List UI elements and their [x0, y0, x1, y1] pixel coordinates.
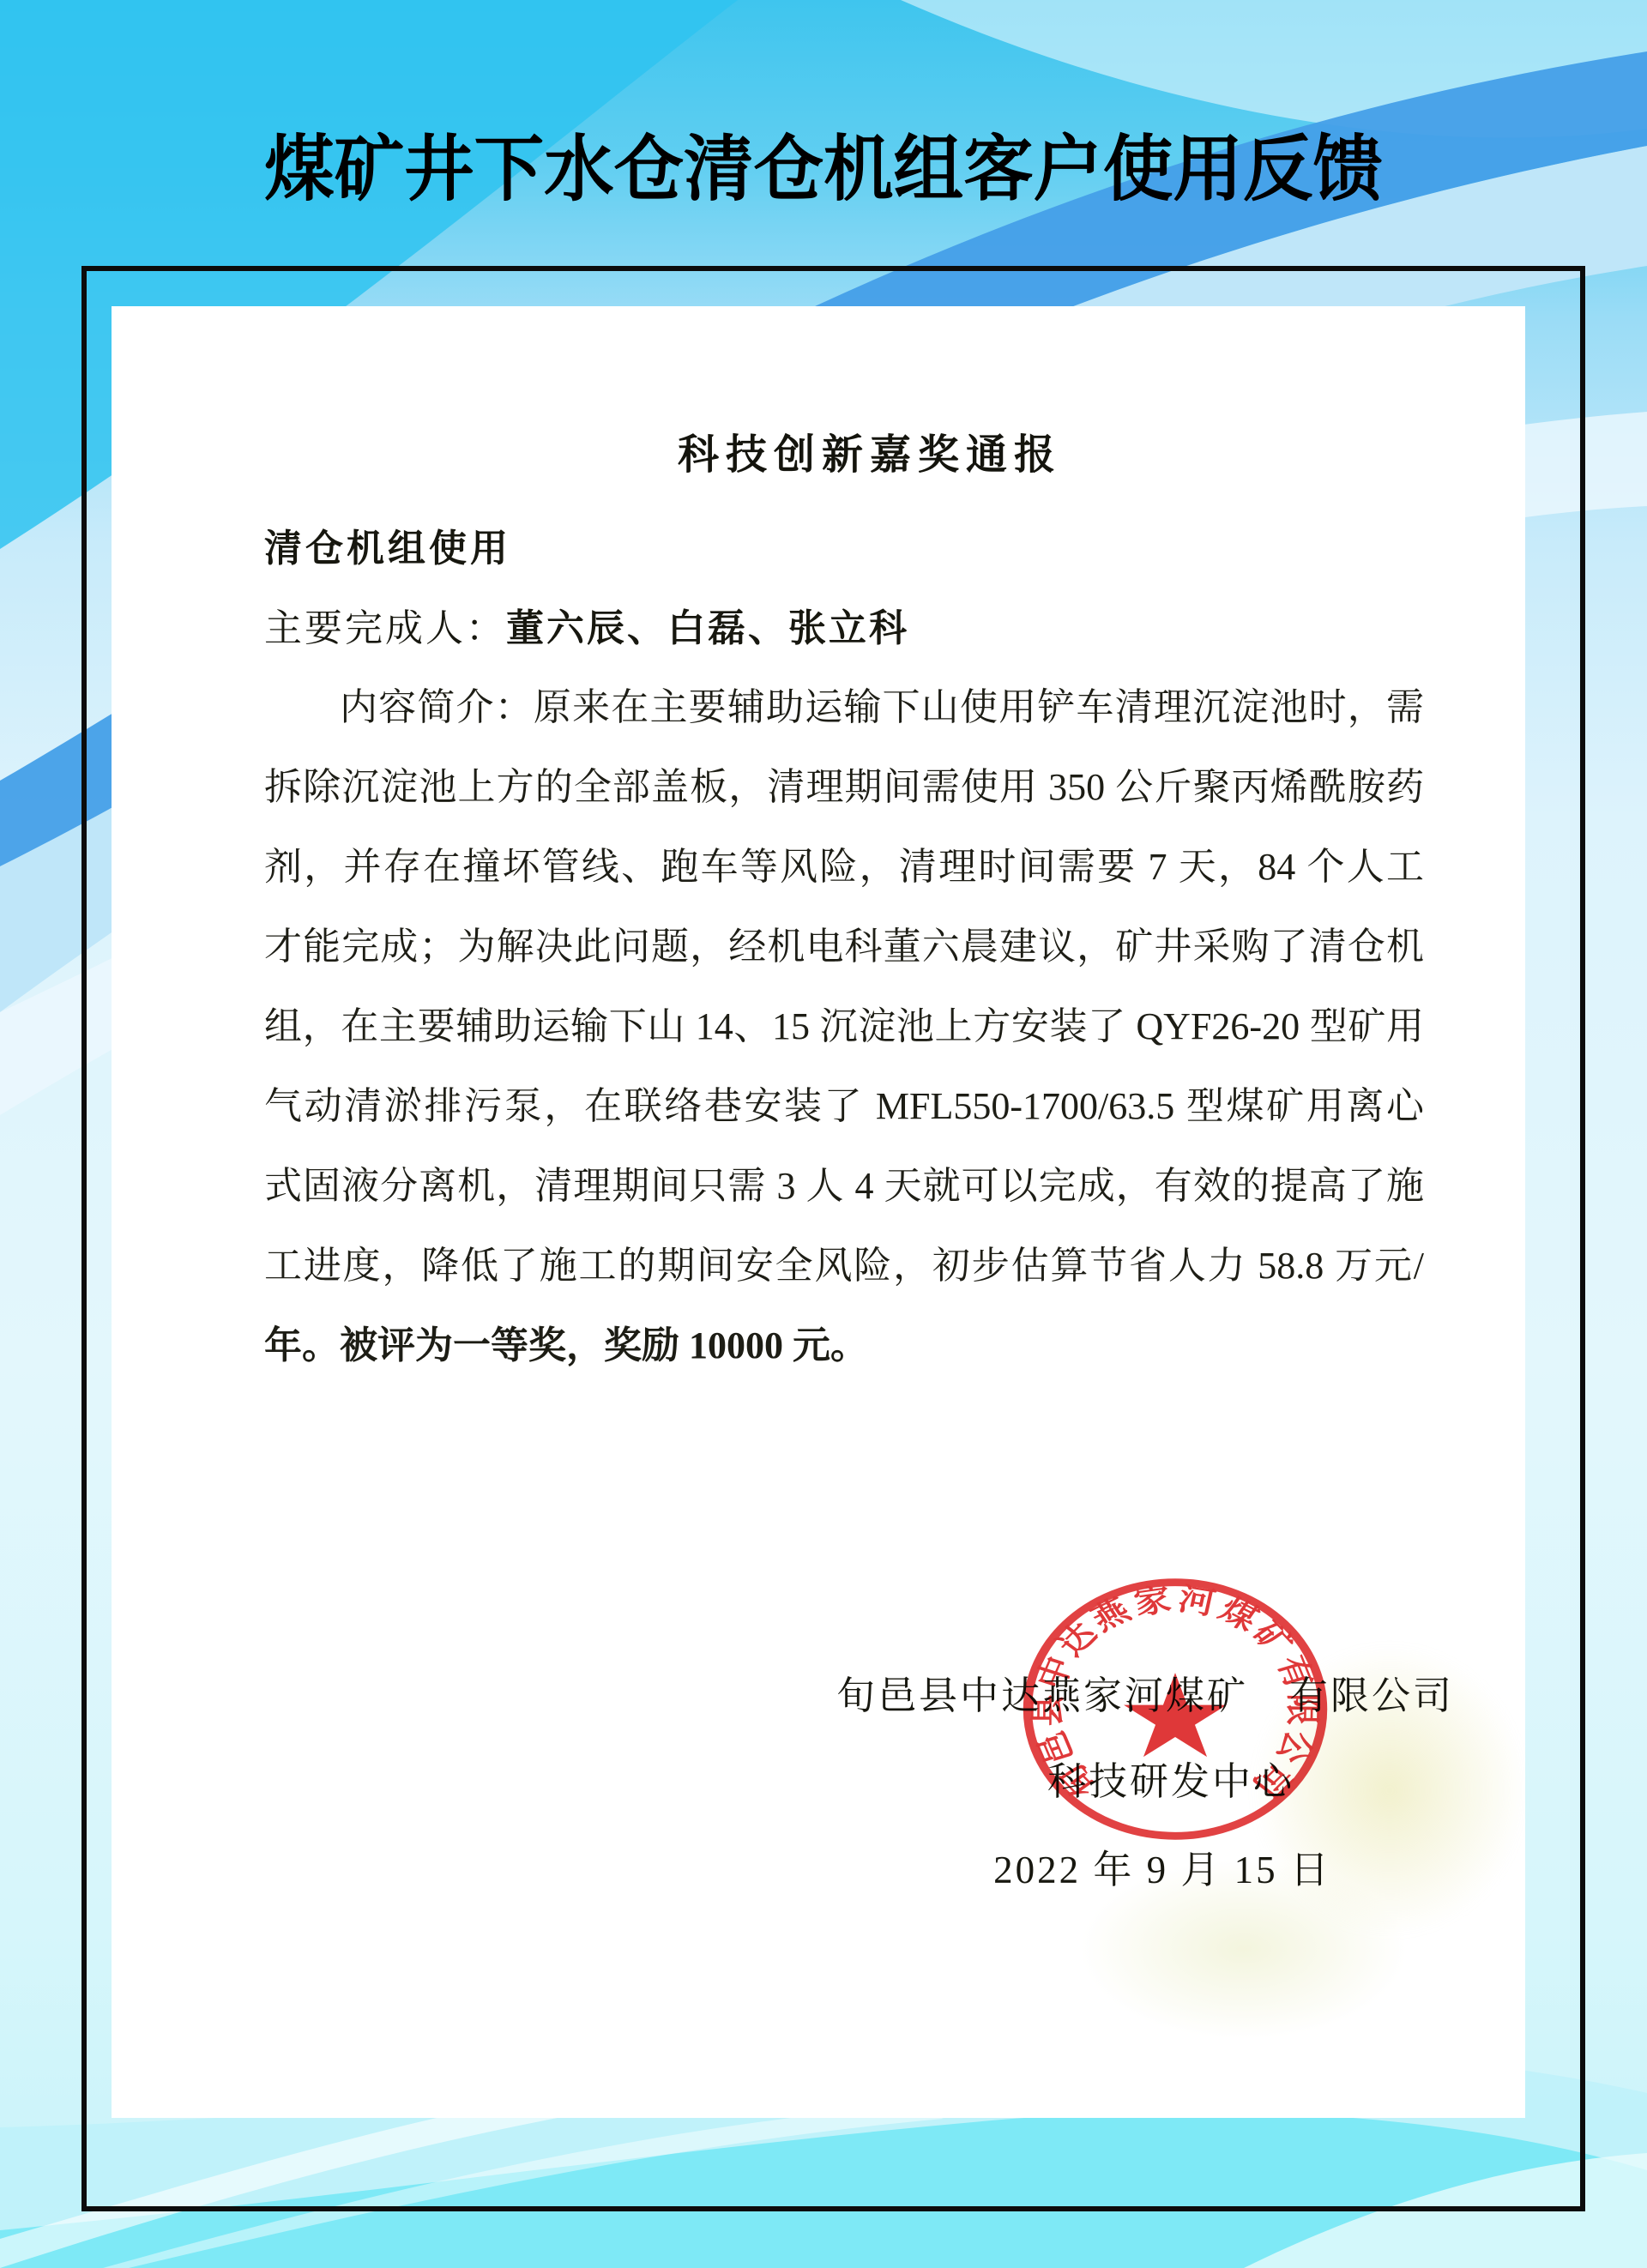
completers-label: 主要完成人：	[264, 607, 506, 649]
body-line: 拆除沉淀池上方的全部盖板，清理期间需使用 350 公斤聚丙烯酰胺药	[264, 747, 1424, 827]
poster-root: { "poster": { "title": "煤矿井下水仓清仓机组客户使用反馈…	[0, 0, 1647, 2268]
body-line: 组，在主要辅助运输下山 14、15 沉淀池上方安装了 QYF26-20 型矿用	[264, 986, 1424, 1066]
body-paragraph: 内容简介：原来在主要辅助运输下山使用铲车清理沉淀池时，需拆除沉淀池上方的全部盖板…	[264, 667, 1424, 1385]
completers-names: 董六辰、白磊、张立科	[506, 607, 909, 649]
document-page: 科技创新嘉奖通报 清仓机组使用 主要完成人：董六辰、白磊、张立科 内容简介：原来…	[112, 306, 1525, 2118]
body-line: 工进度，降低了施工的期间安全风险，初步估算节省人力 58.8 万元/	[264, 1226, 1424, 1306]
body-line-segment: 内容简介：原来在主要辅助运输下山使用铲车清理沉淀池时，需	[340, 686, 1424, 728]
red-star-icon	[1124, 1673, 1227, 1757]
body-line: 内容简介：原来在主要辅助运输下山使用铲车清理沉淀池时，需	[264, 667, 1424, 747]
project-name-line: 清仓机组使用	[264, 527, 511, 571]
body-line-segment: 组，在主要辅助运输下山 14、15 沉淀池上方安装了 QYF26-20 型矿用	[264, 1005, 1424, 1047]
body-line: 式固液分离机，清理期间只需 3 人 4 天就可以完成，有效的提高了施	[264, 1146, 1424, 1226]
body-line-segment: 才能完成；为解决此问题，经机电科董六晨建议，矿井采购了清仓机	[264, 926, 1424, 968]
body-line-segment: 剂，并存在撞坏管线、跑车等风险，清理时间需要 7 天，84 个人工	[264, 846, 1424, 888]
body-line-segment: 工进度，降低了施工的期间安全风险，初步估算节省人力 58.8 万元/	[264, 1245, 1424, 1287]
body-line: 年。被评为一等奖，奖励 10000 元。	[264, 1306, 1424, 1385]
body-line-segment: 气动清淤排污泵，在联络巷安装了 MFL550-1700/63.5 型煤矿用离心	[264, 1085, 1424, 1127]
body-line: 剂，并存在撞坏管线、跑车等风险，清理时间需要 7 天，84 个人工	[264, 827, 1424, 907]
body-line: 才能完成；为解决此问题，经机电科董六晨建议，矿井采购了清仓机	[264, 907, 1424, 986]
body-line-segment: 式固液分离机，清理期间只需 3 人 4 天就可以完成，有效的提高了施	[264, 1165, 1424, 1207]
poster-title: 煤矿井下水仓清仓机组客户使用反馈	[25, 112, 1622, 215]
body-line-segment: 拆除沉淀池上方的全部盖板，清理期间需使用 350 公斤聚丙烯酰胺药	[264, 766, 1424, 808]
company-stamp: 旬邑县中达燕家河煤矿有限公司	[1008, 1565, 1342, 1853]
body-line-bold-segment: 年。被评为一等奖，奖励 10000 元。	[264, 1324, 868, 1366]
body-line: 气动清淤排污泵，在联络巷安装了 MFL550-1700/63.5 型煤矿用离心	[264, 1066, 1424, 1146]
completers-line: 主要完成人：董六辰、白磊、张立科	[264, 606, 909, 651]
signature-date: 2022 年 9 月 15 日	[993, 1848, 1331, 1892]
document-heading: 科技创新嘉奖通报	[112, 431, 1525, 480]
